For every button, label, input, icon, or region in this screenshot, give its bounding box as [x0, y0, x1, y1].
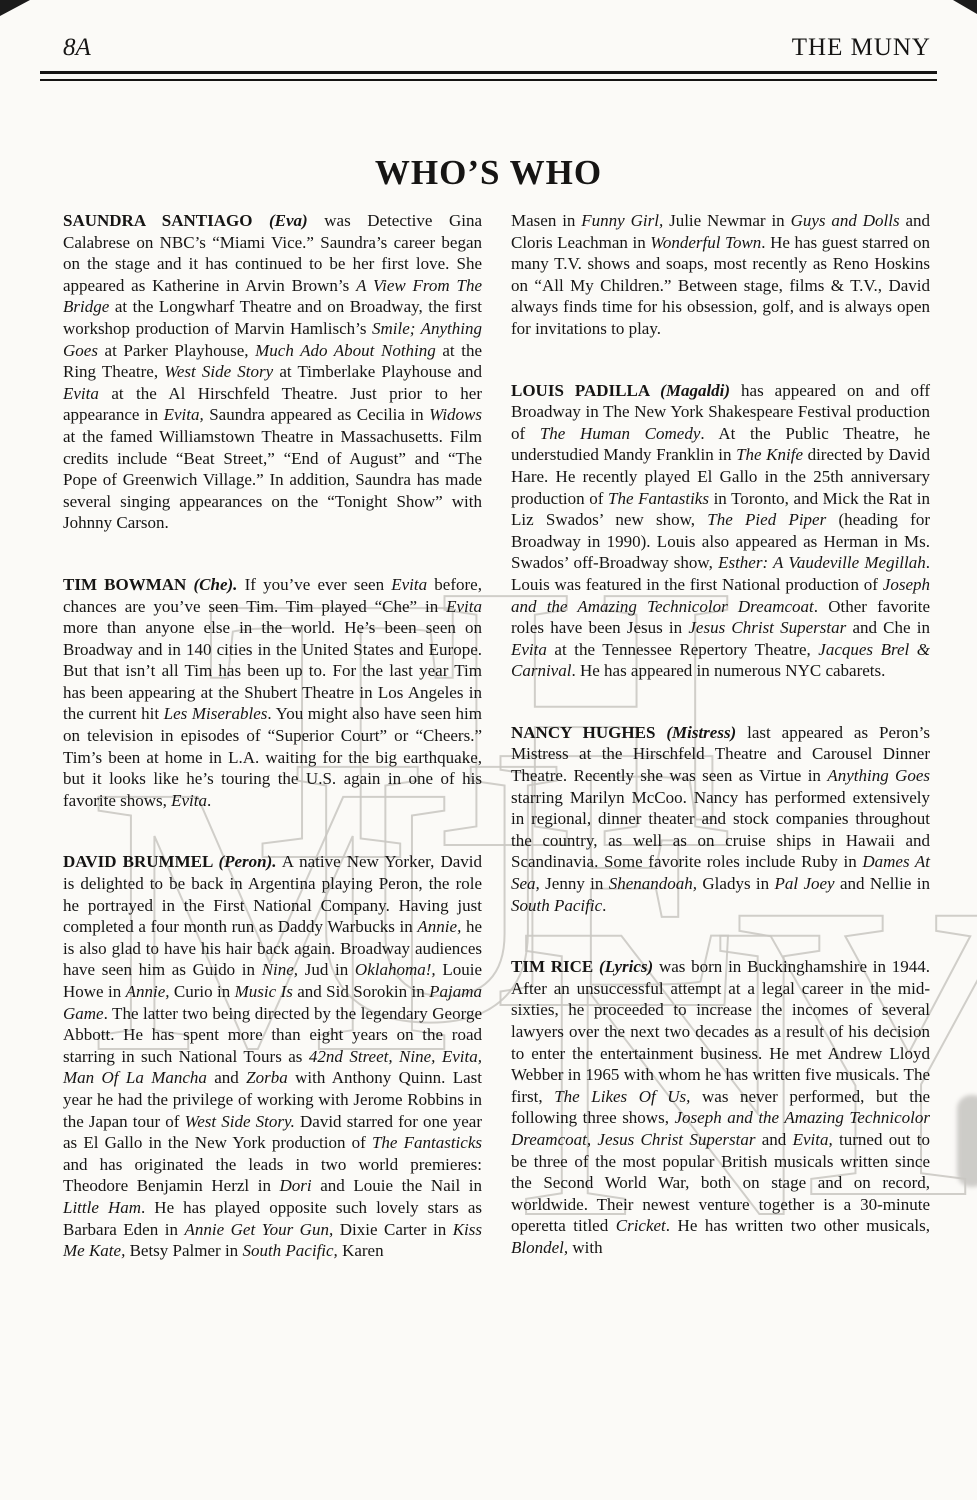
bio-text-run: West Side Story. [185, 1112, 295, 1131]
bio-text-run: Music Is [235, 982, 293, 1001]
page-title: WHO’S WHO [0, 153, 977, 193]
bio-name: NANCY HUGHES [511, 723, 666, 742]
bio-text-run: Dixie Carter in [333, 1220, 452, 1239]
bio-role: (Peron). [218, 852, 276, 871]
scan-artifact-top-right [953, 0, 977, 14]
bio-text-run: West Side Story [164, 362, 273, 381]
bio-text-run: . He has written two other musicals, [666, 1216, 930, 1235]
bio-text-run: at the famed Williamstown Theatre in Mas… [63, 427, 482, 532]
bio-text-run: Jenny in [540, 874, 609, 893]
bio-text-run: and Sid Sorokin in [293, 982, 429, 1001]
bio-text-run: . [602, 896, 606, 915]
header-rule [40, 71, 937, 81]
bio-name: TIM RICE [511, 957, 599, 976]
bio-text-run: Evita [511, 640, 547, 659]
bio-text-run: and [207, 1068, 246, 1087]
bio-paragraph: NANCY HUGHES (Mistress) last appeared as… [511, 722, 930, 916]
bio-text-run: at Timberlake Playhouse and [273, 362, 482, 381]
bio-name: DAVID BRUMMEL [63, 852, 218, 871]
bio-text-run: Pal Joey [775, 874, 835, 893]
bio-text-run: Blondel, [511, 1238, 568, 1257]
bio-text-run: Evita, [793, 1130, 833, 1149]
page-number: 8A [63, 34, 91, 62]
bio-text-run: The Fantasticks [372, 1133, 482, 1152]
bio-text-run: and Nellie in [835, 874, 930, 893]
bio-text-run: Oklahoma!, [355, 960, 436, 979]
bio-text-run: The Knife [736, 445, 803, 464]
bio-text-run: Anything Goes [827, 766, 930, 785]
bio-text-run: Julie Newmar in [663, 211, 790, 230]
bio-text-run: at the Tennessee Repertory Theatre, [547, 640, 818, 659]
bio-role: (Lyrics) [599, 957, 653, 976]
bio-name: LOUIS PADILLA [511, 381, 660, 400]
bio-text-run: Zorba [246, 1068, 288, 1087]
bio-text-run: Annie, [126, 982, 170, 1001]
bio-text-run: Jud in [298, 960, 355, 979]
bio-paragraph: LOUIS PADILLA (Magaldi) has appeared on … [511, 380, 930, 682]
bio-text-run: Jesus Christ Superstar [688, 618, 846, 637]
bio-text-run: Esther: A Vaudeville Megillah [718, 553, 926, 572]
column-right: Masen in Funny Girl, Julie Newmar in Guy… [511, 210, 930, 1262]
scan-artifact-right-edge [957, 1095, 977, 1187]
bio-text-run: Evita [63, 384, 99, 403]
bio-paragraph: SAUNDRA SANTIAGO (Eva) was Detective Gin… [63, 210, 482, 534]
bio-text-run: . He has appeared in numerous NYC cabare… [571, 661, 885, 680]
bio-text-run: Wonderful Town [650, 233, 761, 252]
bio-name: SAUNDRA SANTIAGO [63, 211, 269, 230]
bio-name: TIM BOWMAN [63, 575, 194, 594]
column-left: SAUNDRA SANTIAGO (Eva) was Detective Gin… [63, 210, 482, 1262]
bio-text-run: Les Miserables [164, 704, 268, 723]
bio-paragraph: DAVID BRUMMEL (Peron). A native New York… [63, 851, 482, 1261]
bio-text-run: and [755, 1130, 792, 1149]
bio-text-run: Nine, [262, 960, 298, 979]
bio-role: (Eva) [269, 211, 308, 230]
bio-text-run: The Human Comedy [540, 424, 701, 443]
bio-text-run: Guys and Dolls [791, 211, 900, 230]
bio-text-run: Funny Girl, [581, 211, 663, 230]
bio-text-run: Evita [391, 575, 427, 594]
bio-text-run: South Pacific [511, 896, 602, 915]
bio-text-run: Betsy Palmer in [125, 1241, 242, 1260]
bio-text-run: . [207, 791, 211, 810]
bio-role: (Mistress) [666, 723, 736, 742]
bio-text-run: Little Ham [63, 1198, 141, 1217]
bio-text-run: Cricket [616, 1216, 666, 1235]
publication-name: THE MUNY [792, 34, 931, 62]
bio-text-run: Much Ado About Nothing [255, 341, 436, 360]
bio-text-run: South Pacific, [242, 1241, 337, 1260]
bio-text-run: If you’ve ever seen [237, 575, 391, 594]
bio-text-run: Annie Get Your Gun, [184, 1220, 333, 1239]
bio-text-run: Gladys in [697, 874, 774, 893]
bio-text-run: The Likes Of Us, [554, 1087, 690, 1106]
scan-artifact-top-left [0, 0, 30, 16]
bio-role: (Magaldi) [660, 381, 730, 400]
program-page: THEMUNY 8A THE MUNY WHO’S WHO SAUNDRA SA… [0, 0, 977, 1500]
bio-text-run: and Louie the Nail in [312, 1176, 482, 1195]
bio-text-run: Shenandoah, [609, 874, 697, 893]
bio-paragraph: Masen in Funny Girl, Julie Newmar in Guy… [511, 210, 930, 340]
page-header: 8A THE MUNY [63, 34, 931, 62]
bio-columns: SAUNDRA SANTIAGO (Eva) was Detective Gin… [63, 210, 930, 1262]
bio-text-run: Evita [171, 791, 207, 810]
bio-text-run: with [568, 1238, 602, 1257]
bio-text-run: Dori [280, 1176, 312, 1195]
bio-text-run: Evita [446, 597, 482, 616]
bio-text-run: Masen in [511, 211, 581, 230]
bio-text-run: Widows [429, 405, 482, 424]
bio-paragraph: TIM RICE (Lyrics) was born in Buckingham… [511, 956, 930, 1258]
bio-text-run: and Che in [846, 618, 930, 637]
bio-text-run: at Parker Playhouse, [98, 341, 255, 360]
bio-text-run: Evita, [164, 405, 204, 424]
bio-text-run: Karen [338, 1241, 384, 1260]
bio-text-run: was born in Buckinghamshire in 1944. Aft… [511, 957, 930, 1106]
bio-role: (Che). [194, 575, 238, 594]
bio-text-run: Annie, [417, 917, 461, 936]
bio-paragraph: TIM BOWMAN (Che). If you’ve ever seen Ev… [63, 574, 482, 812]
bio-text-run: The Fantastiks [608, 489, 709, 508]
bio-text-run: Saundra appeared as Cecilia in [204, 405, 429, 424]
bio-text-run: Curio in [170, 982, 235, 1001]
bio-text-run: The Pied Piper [707, 510, 826, 529]
